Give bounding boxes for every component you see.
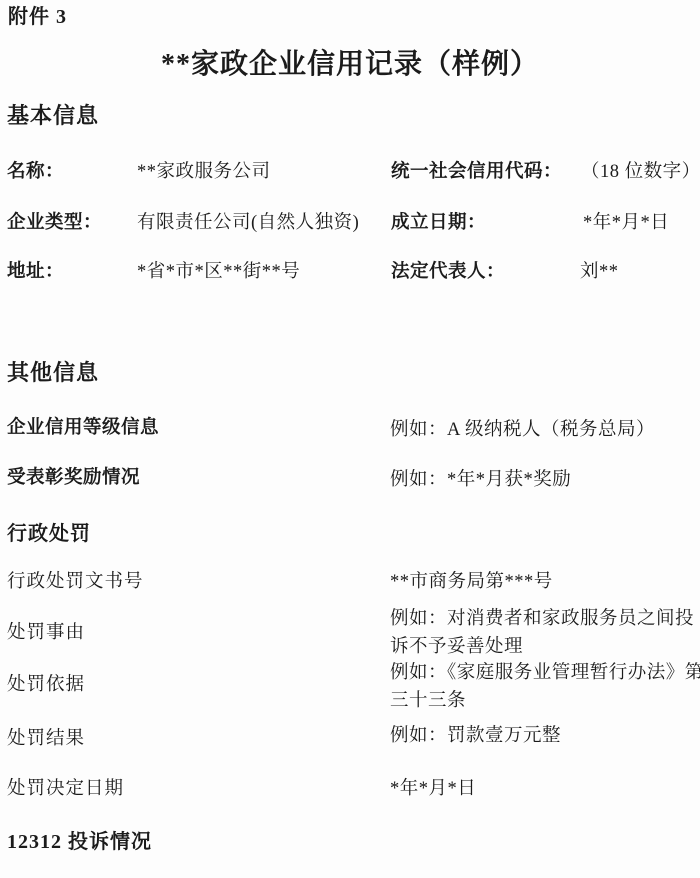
field-label-credit-code: 统一社会信用代码： xyxy=(391,160,562,185)
field-value-legal-rep: 刘** xyxy=(580,260,619,285)
field-value-penalty-basis: 例如：《家庭服务业管理暂行办法》第三十三条 xyxy=(390,659,700,715)
field-value-address: *省*市*区**街**号 xyxy=(137,260,300,285)
field-label-address: 地址： xyxy=(7,260,64,285)
complaints-heading: 12312 投诉情况 xyxy=(7,829,152,855)
field-value-penalty-result: 例如：罚款壹万元整 xyxy=(390,724,561,749)
field-value-credit-code: （18 位数字） xyxy=(581,160,700,185)
other-info-heading: 其他信息 xyxy=(7,359,99,387)
field-value-enterprise-type: 有限责任公司(自然人独资) xyxy=(137,211,359,236)
admin-penalty-heading: 行政处罚 xyxy=(7,521,91,547)
attachment-label: 附件 3 xyxy=(8,4,67,30)
field-label-penalty-reason: 处罚事由 xyxy=(7,621,85,646)
basic-info-heading: 基本信息 xyxy=(7,102,99,130)
field-label-name: 名称： xyxy=(7,160,64,185)
field-value-penalty-reason: 例如：对消费者和家政服务员之间投诉不予妥善处理 xyxy=(390,605,700,661)
field-value-name: **家政服务公司 xyxy=(137,160,271,185)
field-label-enterprise-type: 企业类型： xyxy=(7,211,102,236)
field-label-penalty-doc-no: 行政处罚文书号 xyxy=(7,570,144,595)
credit-record-document: 附件 3 **家政企业信用记录（样例） 基本信息 名称： **家政服务公司 统一… xyxy=(0,0,700,878)
document-title: **家政企业信用记录（样例） xyxy=(0,48,700,82)
field-label-legal-rep: 法定代表人： xyxy=(391,260,505,285)
field-label-penalty-basis: 处罚依据 xyxy=(7,673,85,698)
field-label-establish-date: 成立日期： xyxy=(391,211,486,236)
field-value-credit-rating: 例如：A 级纳税人（税务总局） xyxy=(390,418,655,443)
field-value-establish-date: *年*月*日 xyxy=(583,211,669,236)
field-label-credit-rating: 企业信用等级信息 xyxy=(7,416,159,441)
field-value-penalty-date: *年*月*日 xyxy=(390,777,476,802)
field-label-awards: 受表彰奖励情况 xyxy=(7,466,140,491)
field-label-penalty-date: 处罚决定日期 xyxy=(7,777,124,802)
field-value-awards: 例如：*年*月获*奖励 xyxy=(390,468,571,493)
field-label-penalty-result: 处罚结果 xyxy=(7,727,85,752)
field-value-penalty-doc-no: **市商务局第***号 xyxy=(390,570,553,595)
